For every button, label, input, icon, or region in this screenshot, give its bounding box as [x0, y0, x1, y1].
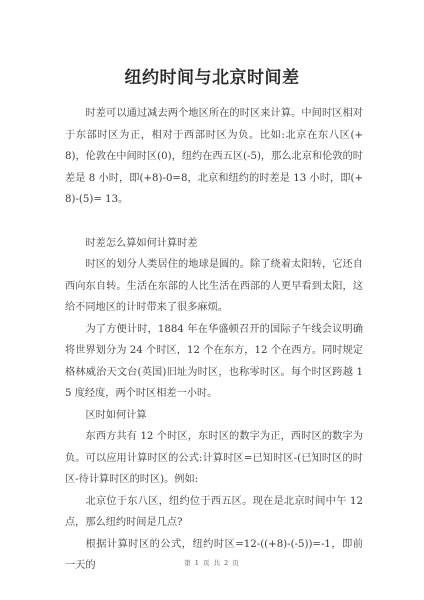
paragraph-example-answer: 根据计算时区的公式，纽约时区=12-((+8)-(-5))=-1，即前一天的	[65, 534, 363, 577]
document-page: 纽约时间与北京时间差 时差可以通过减去两个地区所在的时区来计算。中间时区相对于东…	[0, 0, 424, 600]
paragraph-intro: 时差可以通过减去两个地区所在的时区来计算。中间时区相对于东部时区为正，相对于西部…	[65, 103, 363, 211]
paragraph-1884-conference: 为了方便计时，1884 年在华盛顿召开的国际子午线会议明确将世界划分为 24 个…	[65, 319, 363, 405]
page-footer: 第 1 页 共 2 页	[0, 558, 424, 567]
paragraph-time-zone-division: 时区的划分人类居住的地球是圆的。除了绕着太阳转，它还自西向东自转。生活在东部的人…	[65, 254, 363, 319]
paragraph-example-question: 北京位于东八区，纽约位于西五区。现在是北京时间中午 12 点，那么纽约时间是几点…	[65, 491, 363, 534]
section-heading-zone-time: 区时如何计算	[65, 405, 363, 427]
document-body: 时差可以通过减去两个地区所在的时区来计算。中间时区相对于东部时区为正，相对于西部…	[65, 103, 363, 577]
section-heading-how-to-calculate: 时差怎么算如何计算时差	[65, 233, 363, 255]
paragraph-spacer	[65, 211, 363, 233]
paragraph-formula: 东西方共有 12 个时区，东时区的数字为正，西时区的数字为负。可以应用计算时区的…	[65, 426, 363, 491]
document-title: 纽约时间与北京时间差	[0, 63, 424, 88]
